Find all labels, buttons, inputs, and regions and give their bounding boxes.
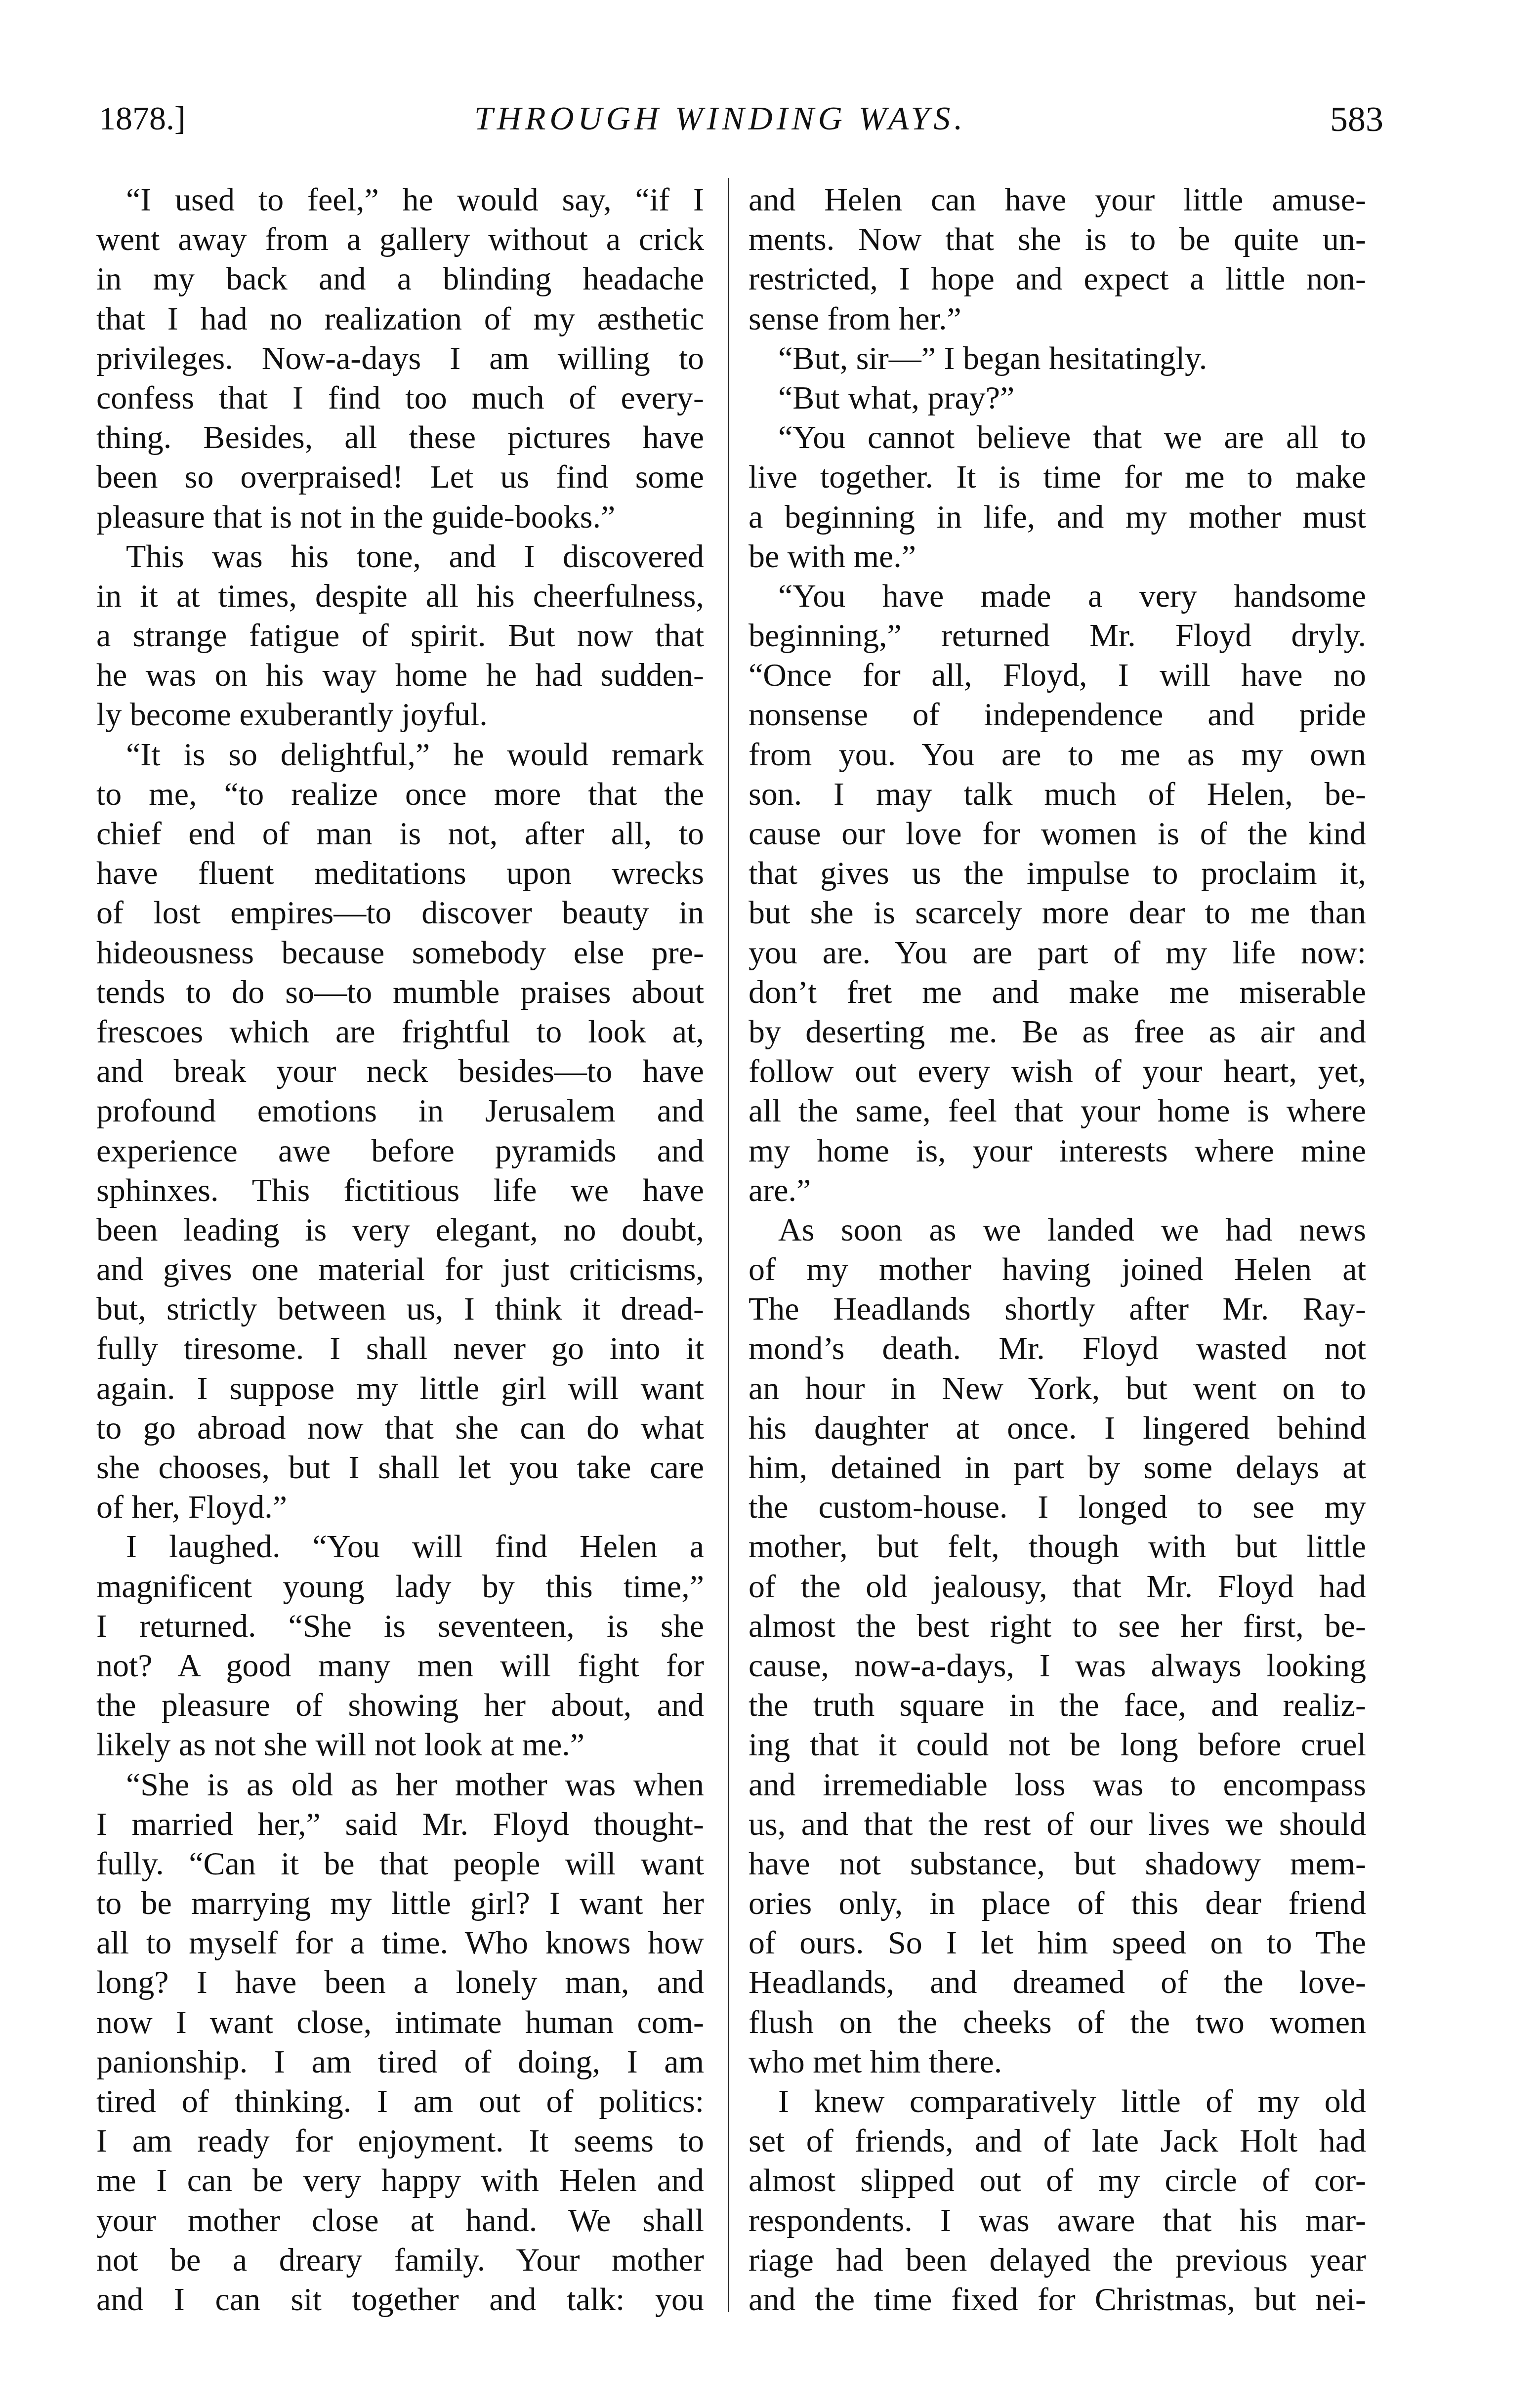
text-line: tends to do so—to mumble praises about	[96, 973, 704, 1012]
text-line: that I had no realization of my æsthetic	[96, 299, 704, 339]
text-line: him, detained in part by some delays at	[749, 1448, 1366, 1488]
text-line: privileges. Now-a-days I am willing to	[96, 339, 704, 378]
text-line: hideousness because somebody else pre-	[96, 933, 704, 973]
header-title: THROUGH WINDING WAYS.	[474, 99, 966, 138]
text-line: “But what, pray?”	[749, 378, 1366, 418]
text-line: and gives one material for just criticis…	[96, 1250, 704, 1289]
text-line: I knew comparatively little of my old	[749, 2082, 1366, 2121]
text-line: been leading is very elegant, no doubt,	[96, 1210, 704, 1250]
text-line: fully. “Can it be that people will want	[96, 1844, 704, 1884]
text-line: not? A good many men will fight for	[96, 1646, 704, 1686]
text-line: likely as not she will not look at me.”	[96, 1725, 704, 1765]
text-line: have fluent meditations upon wrecks	[96, 854, 704, 893]
text-line: tired of thinking. I am out of politics:	[96, 2082, 704, 2121]
text-line: live together. It is time for me to make	[749, 457, 1366, 497]
text-line: from you. You are to me as my own	[749, 735, 1366, 775]
text-line: and I can sit together and talk: you	[96, 2280, 704, 2320]
text-line: chief end of man is not, after all, to	[96, 814, 704, 854]
right-column: and Helen can have your little amuse-men…	[749, 180, 1366, 2320]
text-line: the truth square in the face, and realiz…	[749, 1686, 1366, 1725]
text-line: been so overpraised! Let us find some	[96, 457, 704, 497]
text-line: are.”	[749, 1171, 1366, 1210]
text-line: and irremediable loss was to encompass	[749, 1765, 1366, 1805]
text-line: mond’s death. Mr. Floyd wasted not	[749, 1329, 1366, 1369]
text-line: all the same, feel that your home is whe…	[749, 1091, 1366, 1131]
text-line: sense from her.”	[749, 299, 1366, 339]
text-line: This was his tone, and I discovered	[96, 537, 704, 577]
text-line: a strange fatigue of spirit. But now tha…	[96, 616, 704, 656]
text-line: I returned. “She is seventeen, is she	[96, 1607, 704, 1646]
text-line: us, and that the rest of our lives we sh…	[749, 1805, 1366, 1844]
text-line: to me, “to realize once more that the	[96, 775, 704, 814]
text-line: your mother close at hand. We shall	[96, 2201, 704, 2241]
text-line: fully tiresome. I shall never go into it	[96, 1329, 704, 1369]
text-line: but she is scarcely more dear to me than	[749, 893, 1366, 933]
text-line: nonsense of independence and pride	[749, 695, 1366, 735]
text-line: son. I may talk much of Helen, be-	[749, 775, 1366, 814]
text-line: follow out every wish of your heart, yet…	[749, 1052, 1366, 1091]
text-line: who met him there.	[749, 2042, 1366, 2082]
text-line: don’t fret me and make me miserable	[749, 973, 1366, 1012]
text-line: almost slipped out of my circle of cor-	[749, 2161, 1366, 2200]
text-line: I laughed. “You will find Helen a	[96, 1527, 704, 1567]
text-line: of the old jealousy, that Mr. Floyd had	[749, 1567, 1366, 1607]
text-line: and Helen can have your little amuse-	[749, 180, 1366, 220]
text-line: his daughter at once. I lingered behind	[749, 1409, 1366, 1448]
text-line: but, strictly between us, I think it dre…	[96, 1289, 704, 1329]
text-line: long? I have been a lonely man, and	[96, 1963, 704, 2002]
text-line: and break your neck besides—to have	[96, 1052, 704, 1091]
text-line: respondents. I was aware that his mar-	[749, 2201, 1366, 2241]
text-line: he was on his way home he had sudden-	[96, 656, 704, 695]
text-line: of ours. So I let him speed on to The	[749, 1923, 1366, 1963]
header-year: 1878.]	[99, 99, 186, 138]
text-line: experience awe before pyramids and	[96, 1131, 704, 1171]
text-line: of my mother having joined Helen at	[749, 1250, 1366, 1289]
text-line: flush on the cheeks of the two women	[749, 2003, 1366, 2042]
text-line: and the time fixed for Christmas, but ne…	[749, 2280, 1366, 2320]
text-line: “But, sir—” I began hesitatingly.	[749, 339, 1366, 378]
text-line: “You have made a very handsome	[749, 577, 1366, 616]
text-line: profound emotions in Jerusalem and	[96, 1091, 704, 1131]
text-line: ing that it could not be long before cru…	[749, 1725, 1366, 1765]
text-line: Headlands, and dreamed of the love-	[749, 1963, 1366, 2002]
text-line: riage had been delayed the previous year	[749, 2241, 1366, 2280]
column-divider	[728, 178, 729, 2312]
text-line: she chooses, but I shall let you take ca…	[96, 1448, 704, 1488]
text-line: I am ready for enjoyment. It seems to	[96, 2121, 704, 2161]
text-line: thing. Besides, all these pictures have	[96, 418, 704, 457]
text-line: “It is so delightful,” he would remark	[96, 735, 704, 775]
text-line: ments. Now that she is to be quite un-	[749, 220, 1366, 259]
text-line: panionship. I am tired of doing, I am	[96, 2042, 704, 2082]
text-line: set of friends, and of late Jack Holt ha…	[749, 2121, 1366, 2161]
text-line: in my back and a blinding headache	[96, 259, 704, 299]
text-line: beginning,” returned Mr. Floyd dryly.	[749, 616, 1366, 656]
text-line: magnificent young lady by this time,”	[96, 1567, 704, 1607]
text-line: all to myself for a time. Who knows how	[96, 1923, 704, 1963]
text-line: sphinxes. This fictitious life we have	[96, 1171, 704, 1210]
text-line: have not substance, but shadowy mem-	[749, 1844, 1366, 1884]
text-line: an hour in New York, but went on to	[749, 1369, 1366, 1409]
text-line: not be a dreary family. Your mother	[96, 2241, 704, 2280]
text-line: frescoes which are frightful to look at,	[96, 1012, 704, 1052]
running-header: 1878.] THROUGH WINDING WAYS. 583	[99, 99, 1383, 158]
text-line: “She is as old as her mother was when	[96, 1765, 704, 1805]
text-line: cause, now-a-days, I was always looking	[749, 1646, 1366, 1686]
left-column: “I used to feel,” he would say, “if Iwen…	[96, 180, 704, 2320]
text-line: of her, Floyd.”	[96, 1488, 704, 1527]
text-line: a beginning in life, and my mother must	[749, 498, 1366, 537]
text-line: my home is, your interests where mine	[749, 1131, 1366, 1171]
text-line: ly become exuberantly joyful.	[96, 695, 704, 735]
text-line: I married her,” said Mr. Floyd thought-	[96, 1805, 704, 1844]
text-line: mother, but felt, though with but little	[749, 1527, 1366, 1567]
text-line: to be marrying my little girl? I want he…	[96, 1884, 704, 1923]
text-line: be with me.”	[749, 537, 1366, 577]
text-line: “I used to feel,” he would say, “if I	[96, 180, 704, 220]
page-number: 583	[1330, 99, 1383, 140]
text-line: confess that I find too much of every-	[96, 378, 704, 418]
text-line: went away from a gallery without a crick	[96, 220, 704, 259]
text-line: pleasure that is not in the guide-books.…	[96, 498, 704, 537]
text-line: of lost empires—to discover beauty in	[96, 893, 704, 933]
text-line: by deserting me. Be as free as air and	[749, 1012, 1366, 1052]
text-line: the custom-house. I longed to see my	[749, 1488, 1366, 1527]
text-line: in it at times, despite all his cheerful…	[96, 577, 704, 616]
text-line: cause our love for women is of the kind	[749, 814, 1366, 854]
text-line: you are. You are part of my life now:	[749, 933, 1366, 973]
text-line: almost the best right to see her first, …	[749, 1607, 1366, 1646]
text-line: now I want close, intimate human com-	[96, 2003, 704, 2042]
text-line: restricted, I hope and expect a little n…	[749, 259, 1366, 299]
text-line: “You cannot believe that we are all to	[749, 418, 1366, 457]
text-line: As soon as we landed we had news	[749, 1210, 1366, 1250]
text-line: the pleasure of showing her about, and	[96, 1686, 704, 1725]
text-line: me I can be very happy with Helen and	[96, 2161, 704, 2200]
text-line: “Once for all, Floyd, I will have no	[749, 656, 1366, 695]
text-line: The Headlands shortly after Mr. Ray-	[749, 1289, 1366, 1329]
text-line: again. I suppose my little girl will wan…	[96, 1369, 704, 1409]
text-line: ories only, in place of this dear friend	[749, 1884, 1366, 1923]
text-line: that gives us the impulse to proclaim it…	[749, 854, 1366, 893]
text-line: to go abroad now that she can do what	[96, 1409, 704, 1448]
